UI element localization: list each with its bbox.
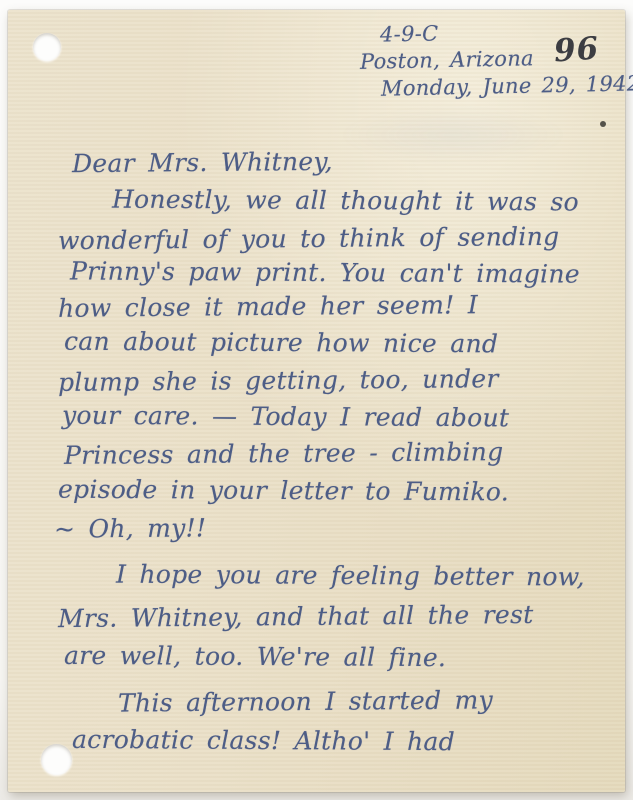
letter-line: plump she is getting, too, under (58, 362, 499, 400)
scan-background: 4-9-C Poston, Arizona 96 Monday, June 29… (0, 0, 633, 800)
letter-line: episode in your letter to Fumiko. (58, 473, 509, 510)
letter-line: your care. — Today I read about (62, 399, 509, 436)
header-location-line: Poston, Arizona (360, 46, 534, 74)
letter-line: This afternoon I started my (118, 683, 493, 720)
header-address-line: 4-9-C (380, 21, 439, 46)
letter-line: Prinny's paw print. You can't imagine (70, 254, 580, 291)
letter-line: Honestly, we all thought it was so (112, 183, 579, 220)
letter-line: Mrs. Whitney, and that all the rest (58, 598, 534, 636)
letter-line: Princess and the tree - climbing (64, 435, 504, 473)
letter-line-salutation: Dear Mrs. Whitney, (72, 145, 333, 181)
letter-line: I hope you are feeling better now, (116, 558, 585, 595)
punch-hole-top (33, 33, 61, 61)
letter-line: how close it made her seem! I (58, 288, 478, 326)
letter-line: wonderful of you to think of sending (58, 220, 560, 258)
header-date-line: Monday, June 29, 1942 (381, 71, 633, 100)
letter-line: ~ Oh, my!! (54, 511, 207, 546)
ink-dot (600, 121, 606, 127)
letter-line: can about picture how nice and (64, 325, 498, 362)
ink-bleed-smudge (338, 105, 568, 165)
letter-line: are well, too. We're all fine. (64, 639, 446, 675)
punch-hole-bottom (41, 744, 72, 775)
page-number: 96 (553, 30, 601, 69)
letter-line: acrobatic class! Altho' I had (72, 723, 455, 759)
letter-paper: 4-9-C Poston, Arizona 96 Monday, June 29… (8, 10, 625, 792)
